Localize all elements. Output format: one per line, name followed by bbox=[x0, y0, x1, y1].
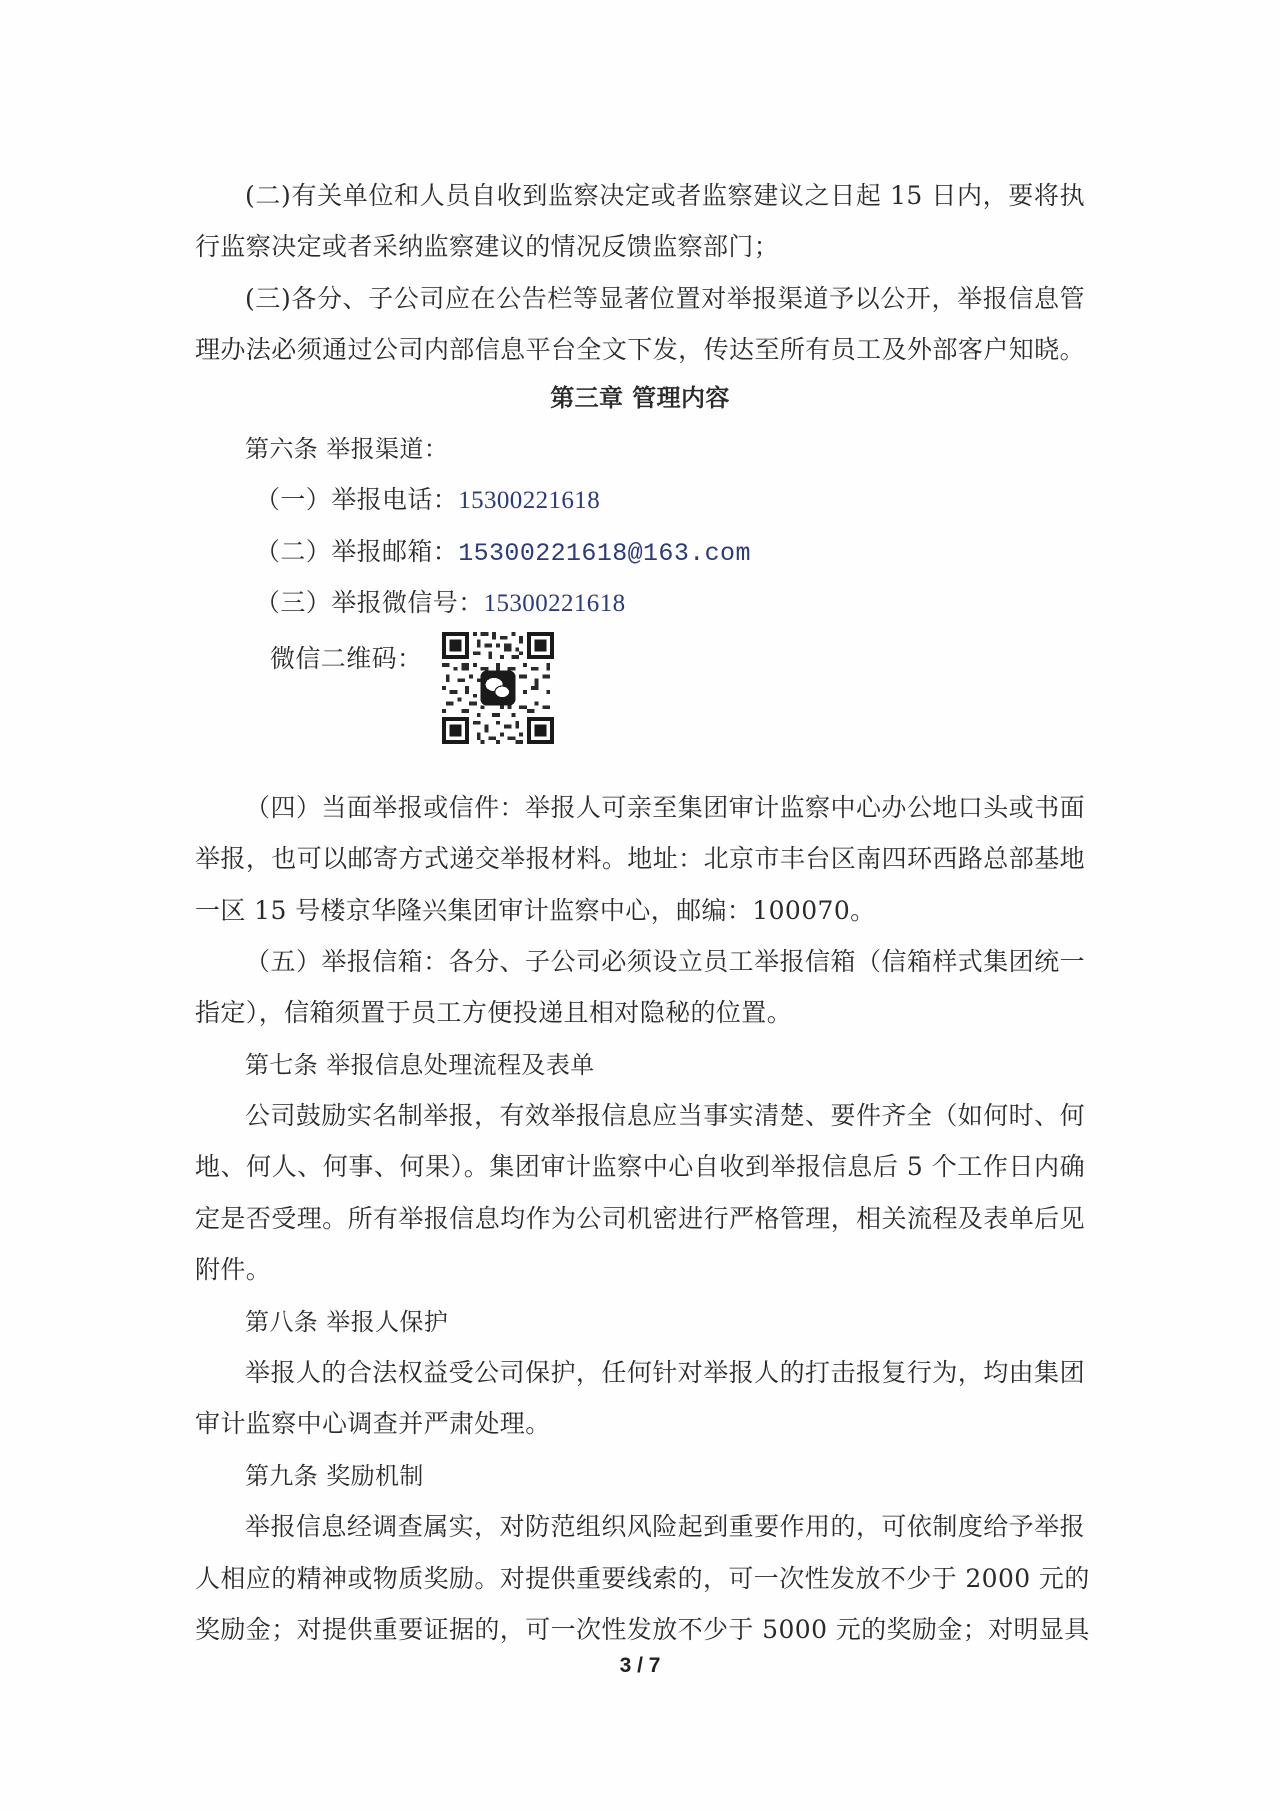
article-8-line-1: 举报人的合法权益受公司保护，任何针对举报人的打击报复行为，均由集团 bbox=[245, 1356, 1085, 1390]
article-7-line-3: 定是否受理。所有举报信息均作为公司机密进行严格管理，相关流程及表单后见 bbox=[195, 1202, 1085, 1236]
report-phone: （一）举报电话：15300221618 bbox=[255, 483, 1145, 518]
article-9-line-3: 奖励金；对提供重要证据的，可一次性发放不少于 5000 元的奖励金；对明显具 bbox=[195, 1613, 1085, 1647]
page-number: 3 / 7 bbox=[0, 1654, 1280, 1678]
article-8-title: 第八条 举报人保护 bbox=[245, 1305, 1085, 1339]
wechat-qr-code-icon bbox=[442, 632, 554, 744]
article-9-title: 第九条 奖励机制 bbox=[245, 1459, 1085, 1493]
report-wechat-value: 15300221618 bbox=[484, 590, 626, 617]
item-4-line-3: 一区 15 号楼京华隆兴集团审计监察中心，邮编：100070。 bbox=[195, 894, 1085, 928]
qr-label: 微信二维码： bbox=[270, 642, 1160, 676]
report-email-label: （二）举报邮箱： bbox=[255, 537, 458, 566]
paragraph-2-line-1: (二)有关单位和人员自收到监察决定或者监察建议之日起 15 日内，要将执 bbox=[245, 179, 1085, 213]
article-7-line-4: 附件。 bbox=[195, 1253, 1085, 1287]
article-8-line-2: 审计监察中心调查并严肃处理。 bbox=[195, 1407, 1085, 1441]
article-6-title: 第六条 举报渠道： bbox=[245, 432, 1085, 466]
chapter-title: 第三章 管理内容 bbox=[0, 381, 1280, 415]
article-7-title: 第七条 举报信息处理流程及表单 bbox=[245, 1048, 1085, 1082]
article-7-line-2: 地、何人、何事、何果）。集团审计监察中心自收到举报信息后 5 个工作日内确 bbox=[195, 1150, 1085, 1184]
report-phone-value: 15300221618 bbox=[458, 487, 600, 514]
document-page: (二)有关单位和人员自收到监察决定或者监察建议之日起 15 日内，要将执 行监察… bbox=[0, 0, 1280, 1810]
report-email-value[interactable]: 15300221618@163.com bbox=[458, 539, 751, 568]
report-wechat: （三）举报微信号：15300221618 bbox=[255, 586, 1145, 621]
article-9-line-1: 举报信息经调查属实，对防范组织风险起到重要作用的，可依制度给予举报 bbox=[245, 1510, 1085, 1544]
item-4-line-2: 举报，也可以邮寄方式递交举报材料。地址：北京市丰台区南四环西路总部基地 bbox=[195, 842, 1085, 876]
paragraph-3-line-2: 理办法必须通过公司内部信息平台全文下发，传达至所有员工及外部客户知晓。 bbox=[195, 333, 1085, 367]
item-4-line-1: （四）当面举报或信件：举报人可亲至集团审计监察中心办公地口头或书面 bbox=[245, 791, 1085, 825]
report-email: （二）举报邮箱：15300221618@163.com bbox=[255, 535, 1145, 571]
paragraph-3-line-1: (三)各分、子公司应在公告栏等显著位置对举报渠道予以公开，举报信息管 bbox=[245, 282, 1085, 316]
paragraph-2-line-2: 行监察决定或者采纳监察建议的情况反馈监察部门； bbox=[195, 230, 1085, 264]
report-phone-label: （一）举报电话： bbox=[255, 485, 458, 514]
item-5-line-1: （五）举报信箱：各分、子公司必须设立员工举报信箱（信箱样式集团统一 bbox=[245, 945, 1085, 979]
report-wechat-label: （三）举报微信号： bbox=[255, 588, 484, 617]
item-5-line-2: 指定），信箱须置于员工方便投递且相对隐秘的位置。 bbox=[195, 996, 1085, 1030]
article-7-line-1: 公司鼓励实名制举报，有效举报信息应当事实清楚、要件齐全（如何时、何 bbox=[245, 1099, 1085, 1133]
article-9-line-2: 人相应的精神或物质奖励。对提供重要线索的，可一次性发放不少于 2000 元的 bbox=[195, 1562, 1085, 1596]
